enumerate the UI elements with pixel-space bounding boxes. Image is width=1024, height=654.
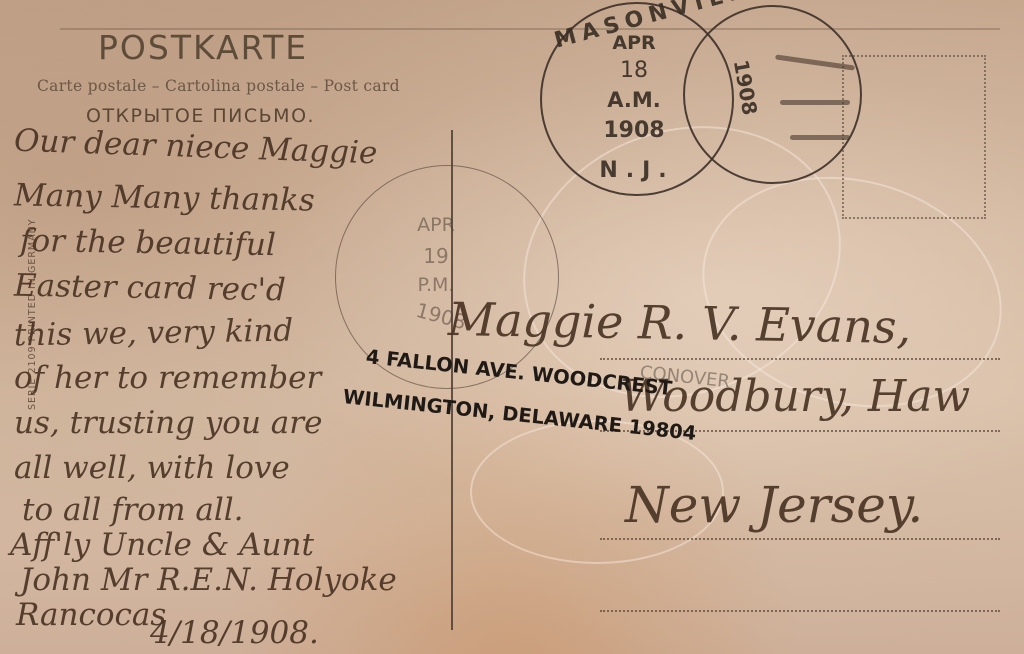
recipient-state: New Jersey.	[625, 480, 923, 530]
postmark-day: 18	[604, 59, 664, 82]
postmark-time: A.M.	[599, 89, 669, 111]
message-line: John Mr R.E.N. Holyoke	[20, 565, 397, 596]
message-line: all well, with love	[14, 453, 290, 484]
postcard: POSTKARTE Carte postale – Cartolina post…	[0, 0, 1024, 654]
postmark-secondary: 1908	[683, 5, 862, 184]
message-line: Many Many thanks	[14, 180, 315, 216]
message-line: to all from all.	[22, 495, 244, 526]
postmark-month: APR	[406, 216, 466, 236]
message-line: Easter card rec'd	[14, 271, 286, 307]
postcard-russian-title: ОТКРЫТОЕ ПИСЬМО.	[86, 105, 315, 127]
postmark-year: 1908	[728, 46, 763, 128]
postmark-state: N.J.	[597, 159, 677, 182]
message-line: us, trusting you are	[14, 408, 322, 439]
address-line	[600, 610, 1000, 612]
postmark-month: APR	[604, 34, 664, 54]
message-line: this we, very kind	[14, 316, 294, 352]
recipient-name: Maggie R. V. Evans,	[448, 296, 912, 350]
cancellation-bar	[780, 100, 850, 105]
postcard-subtitle: Carte postale – Cartolina postale – Post…	[37, 77, 400, 95]
address-line	[600, 538, 1000, 540]
cancellation-bar	[790, 135, 850, 140]
stamp-placeholder	[842, 55, 986, 219]
address-line	[600, 358, 1000, 360]
postcard-title: POSTKARTE	[98, 28, 308, 67]
message-line: of her to remember	[14, 363, 321, 394]
message-line: Rancocas	[16, 600, 166, 631]
message-line: Aff'ly Uncle & Aunt	[10, 530, 314, 561]
message-date: 4/18/1908.	[150, 618, 319, 649]
message-line: Our dear niece Maggie	[14, 126, 378, 170]
postmark-year: 1908	[599, 119, 669, 142]
message-line: for the beautiful	[20, 226, 276, 261]
postmark-day: 19	[406, 246, 466, 267]
